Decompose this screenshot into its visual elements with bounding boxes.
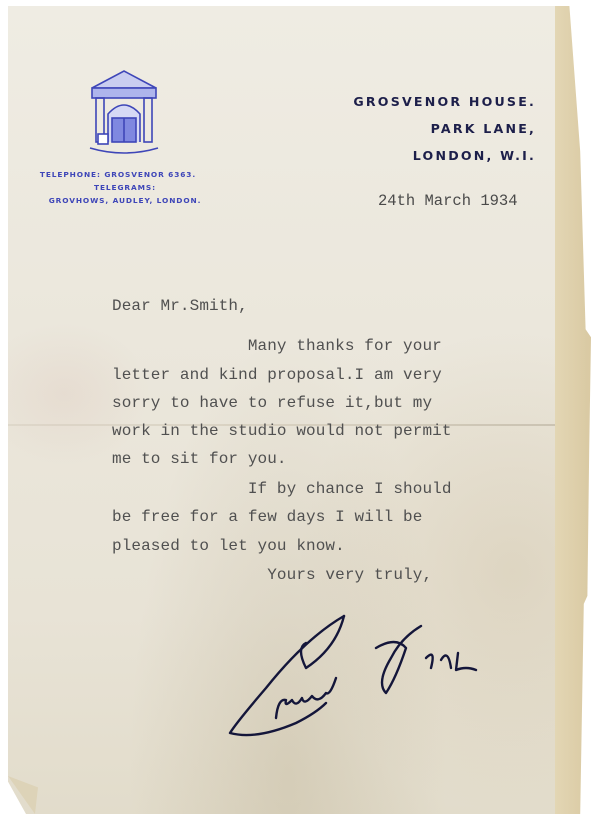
address-line-1: GROSVENOR HOUSE. <box>280 88 536 115</box>
body-line: be free for a few days I will be <box>112 508 422 526</box>
address-line-2: PARK LANE, <box>280 115 536 142</box>
address-line-3: LONDON, W.I. <box>280 142 536 169</box>
body-line: Many thanks for your <box>112 337 442 355</box>
letterhead-contact: TELEPHONE: GROSVENOR 6363. TELEGRAMS: GR… <box>30 168 220 207</box>
grosvenor-house-building-icon <box>88 68 160 156</box>
telegrams-address: GROVHOWS, AUDLEY, LONDON. <box>30 194 220 207</box>
telephone-text: TELEPHONE: GROSVENOR 6363. <box>16 168 220 181</box>
telegrams-label: TELEGRAMS: <box>30 181 220 194</box>
body-line: pleased to let you know. <box>112 537 345 555</box>
body-line: If by chance I should <box>112 480 452 498</box>
body-line: work in the studio would not permit <box>112 422 452 440</box>
closing: Yours very truly, <box>112 566 432 584</box>
letterhead-address: GROSVENOR HOUSE. PARK LANE, LONDON, W.I. <box>280 88 536 169</box>
letter-date: 24th March 1934 <box>378 192 578 210</box>
salutation: Dear Mr.Smith, <box>112 297 248 315</box>
torn-right-edge <box>555 6 591 814</box>
handwritten-signature <box>226 608 488 748</box>
body-line: letter and kind proposal.I am very <box>112 366 442 384</box>
body-line: me to sit for you. <box>112 450 287 468</box>
body-line: sorry to have to refuse it,but my <box>112 394 432 412</box>
